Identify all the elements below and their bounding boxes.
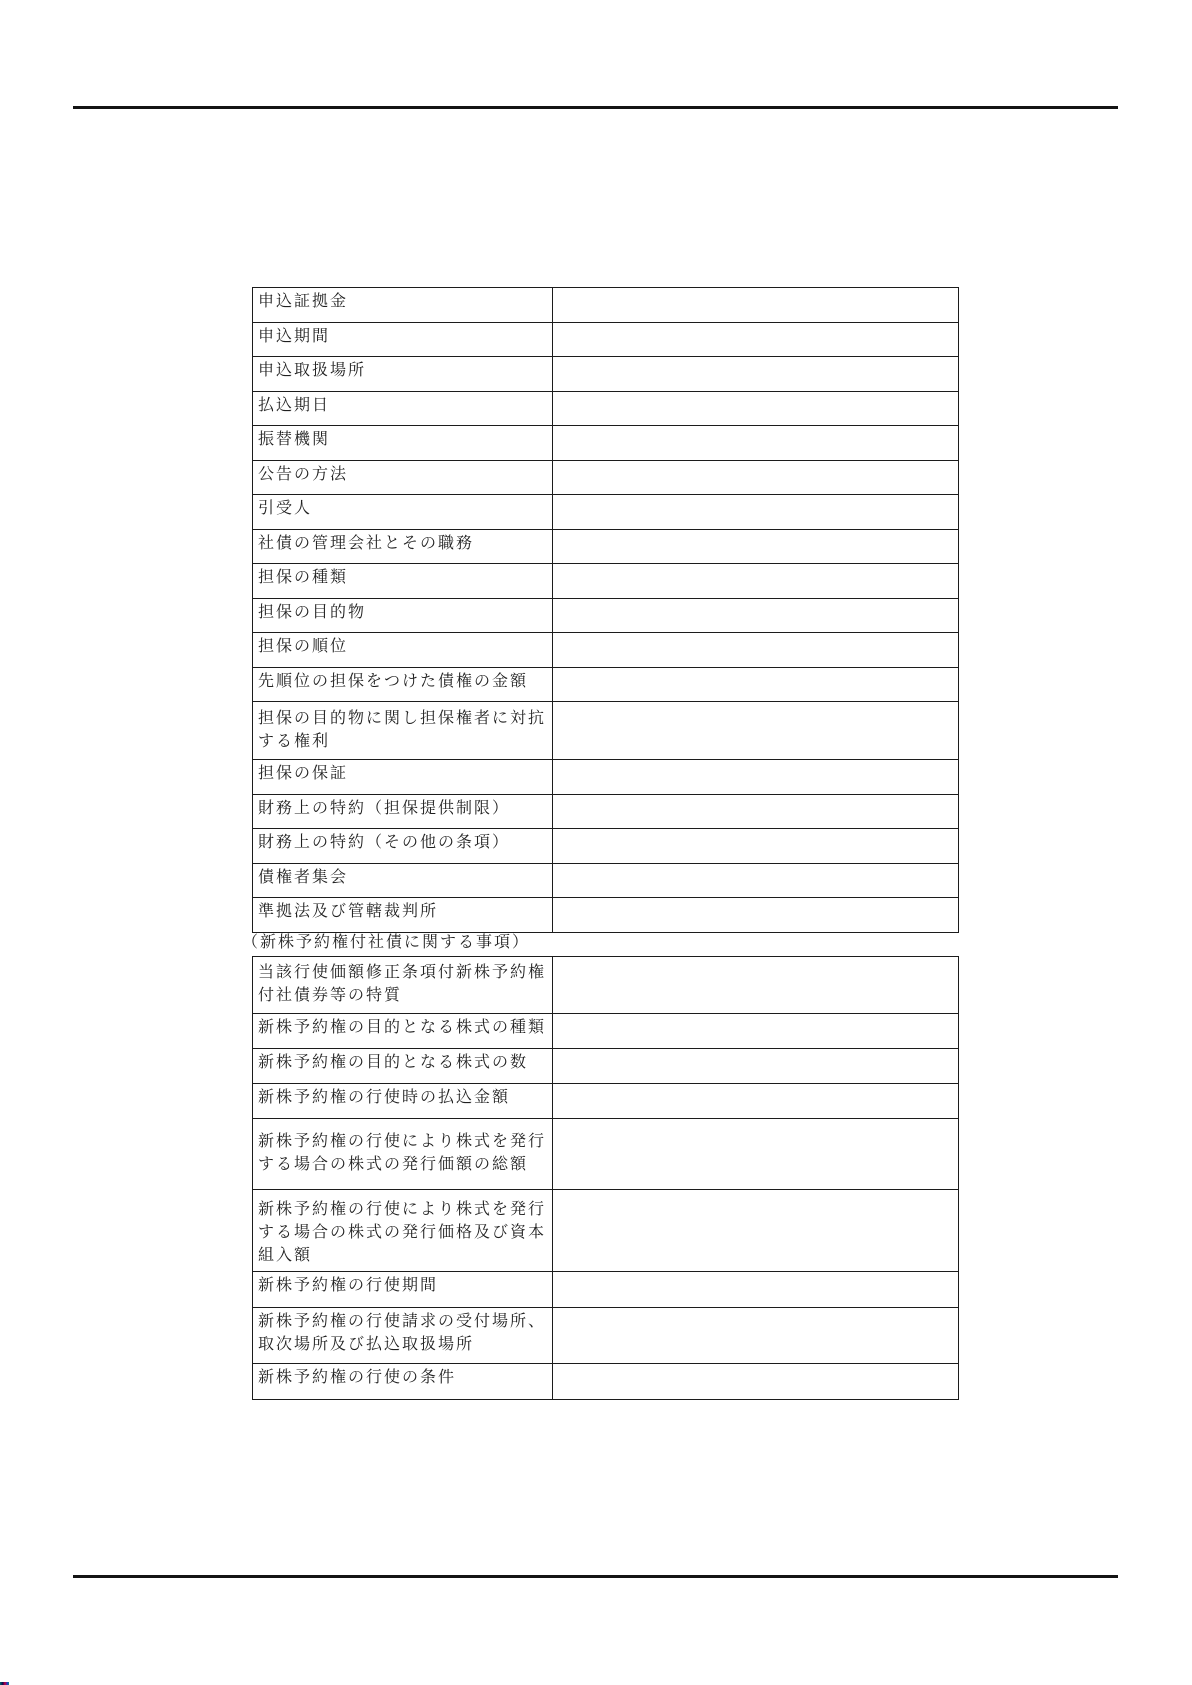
table-row: 当該行使価額修正条項付新株予約権 付社債券等の特質 [253,957,959,1014]
row-label: 申込取扱場所 [253,357,553,392]
row-value-cell [553,794,959,829]
row-value-cell [553,426,959,461]
row-label: 新株予約権の行使の条件 [253,1364,553,1400]
row-label: 新株予約権の行使期間 [253,1272,553,1308]
row-value-cell [553,1190,959,1272]
table-row: 先順位の担保をつけた債権の金額 [253,667,959,702]
row-value-cell [553,1084,959,1119]
row-value-cell [553,1308,959,1364]
table-row: 財務上の特約（その他の条項） [253,829,959,864]
row-label: 担保の種類 [253,564,553,599]
row-value-cell [553,702,959,760]
row-value-cell [553,322,959,357]
table-row: 払込期日 [253,391,959,426]
row-value-cell [553,667,959,702]
row-value-cell [553,957,959,1014]
table-row: 担保の種類 [253,564,959,599]
row-label: 引受人 [253,495,553,530]
table-row: 新株予約権の行使により株式を発行 する場合の株式の発行価額の総額 [253,1119,959,1190]
table-row: 担保の目的物に関し担保権者に対抗 する権利 [253,702,959,760]
table-row: 新株予約権の行使の条件 [253,1364,959,1400]
row-value-cell [553,1272,959,1308]
row-value-cell [553,598,959,633]
table-row: 申込取扱場所 [253,357,959,392]
row-label: 担保の順位 [253,633,553,668]
row-label: 新株予約権の行使時の払込金額 [253,1084,553,1119]
row-value-cell [553,288,959,323]
row-label: 申込証拠金 [253,288,553,323]
row-label: 振替機関 [253,426,553,461]
table-row: 担保の保証 [253,760,959,795]
warrant-terms-table: 当該行使価額修正条項付新株予約権 付社債券等の特質新株予約権の目的となる株式の種… [252,956,959,1400]
table-row: 準拠法及び管轄裁判所 [253,898,959,933]
document-page: 申込証拠金申込期間申込取扱場所払込期日振替機関公告の方法引受人社債の管理会社とそ… [0,0,1192,1685]
row-label: 担保の目的物 [253,598,553,633]
table-row: 引受人 [253,495,959,530]
page-top-rule [73,106,1118,109]
row-label: 払込期日 [253,391,553,426]
row-label: 担保の保証 [253,760,553,795]
bond-terms-table: 申込証拠金申込期間申込取扱場所払込期日振替機関公告の方法引受人社債の管理会社とそ… [252,287,959,933]
row-label: 債権者集会 [253,863,553,898]
row-label: 新株予約権の目的となる株式の数 [253,1049,553,1084]
table-row: 担保の目的物 [253,598,959,633]
row-value-cell [553,460,959,495]
table-row: 財務上の特約（担保提供制限） [253,794,959,829]
table-row: 債権者集会 [253,863,959,898]
row-value-cell [553,898,959,933]
row-label: 当該行使価額修正条項付新株予約権 付社債券等の特質 [253,957,553,1014]
row-value-cell [553,1014,959,1049]
row-label: 新株予約権の目的となる株式の種類 [253,1014,553,1049]
page-bottom-rule [73,1575,1118,1578]
row-value-cell [553,829,959,864]
row-value-cell [553,391,959,426]
table-row: 社債の管理会社とその職務 [253,529,959,564]
row-label: 準拠法及び管轄裁判所 [253,898,553,933]
row-value-cell [553,633,959,668]
row-label: 先順位の担保をつけた債権の金額 [253,667,553,702]
row-label: 公告の方法 [253,460,553,495]
table-row: 新株予約権の行使により株式を発行 する場合の株式の発行価格及び資本 組入額 [253,1190,959,1272]
row-value-cell [553,863,959,898]
row-value-cell [553,564,959,599]
row-label: 担保の目的物に関し担保権者に対抗 する権利 [253,702,553,760]
row-label: 申込期間 [253,322,553,357]
row-label: 社債の管理会社とその職務 [253,529,553,564]
row-value-cell [553,1049,959,1084]
row-label: 財務上の特約（担保提供制限） [253,794,553,829]
row-value-cell [553,760,959,795]
table-row: 振替機関 [253,426,959,461]
row-label: 新株予約権の行使請求の受付場所、 取次場所及び払込取扱場所 [253,1308,553,1364]
row-value-cell [553,1119,959,1190]
section-heading: （新株予約権付社債に関する事項） [242,931,530,954]
table-row: 新株予約権の行使請求の受付場所、 取次場所及び払込取扱場所 [253,1308,959,1364]
row-value-cell [553,495,959,530]
table-row: 公告の方法 [253,460,959,495]
table-row: 新株予約権の目的となる株式の種類 [253,1014,959,1049]
table-row: 新株予約権の行使期間 [253,1272,959,1308]
row-value-cell [553,357,959,392]
table-row: 申込証拠金 [253,288,959,323]
row-value-cell [553,529,959,564]
row-label: 新株予約権の行使により株式を発行 する場合の株式の発行価格及び資本 組入額 [253,1190,553,1272]
row-label: 新株予約権の行使により株式を発行 する場合の株式の発行価額の総額 [253,1119,553,1190]
row-value-cell [553,1364,959,1400]
table-row: 新株予約権の行使時の払込金額 [253,1084,959,1119]
table-row: 新株予約権の目的となる株式の数 [253,1049,959,1084]
table-row: 担保の順位 [253,633,959,668]
row-label: 財務上の特約（その他の条項） [253,829,553,864]
table-row: 申込期間 [253,322,959,357]
